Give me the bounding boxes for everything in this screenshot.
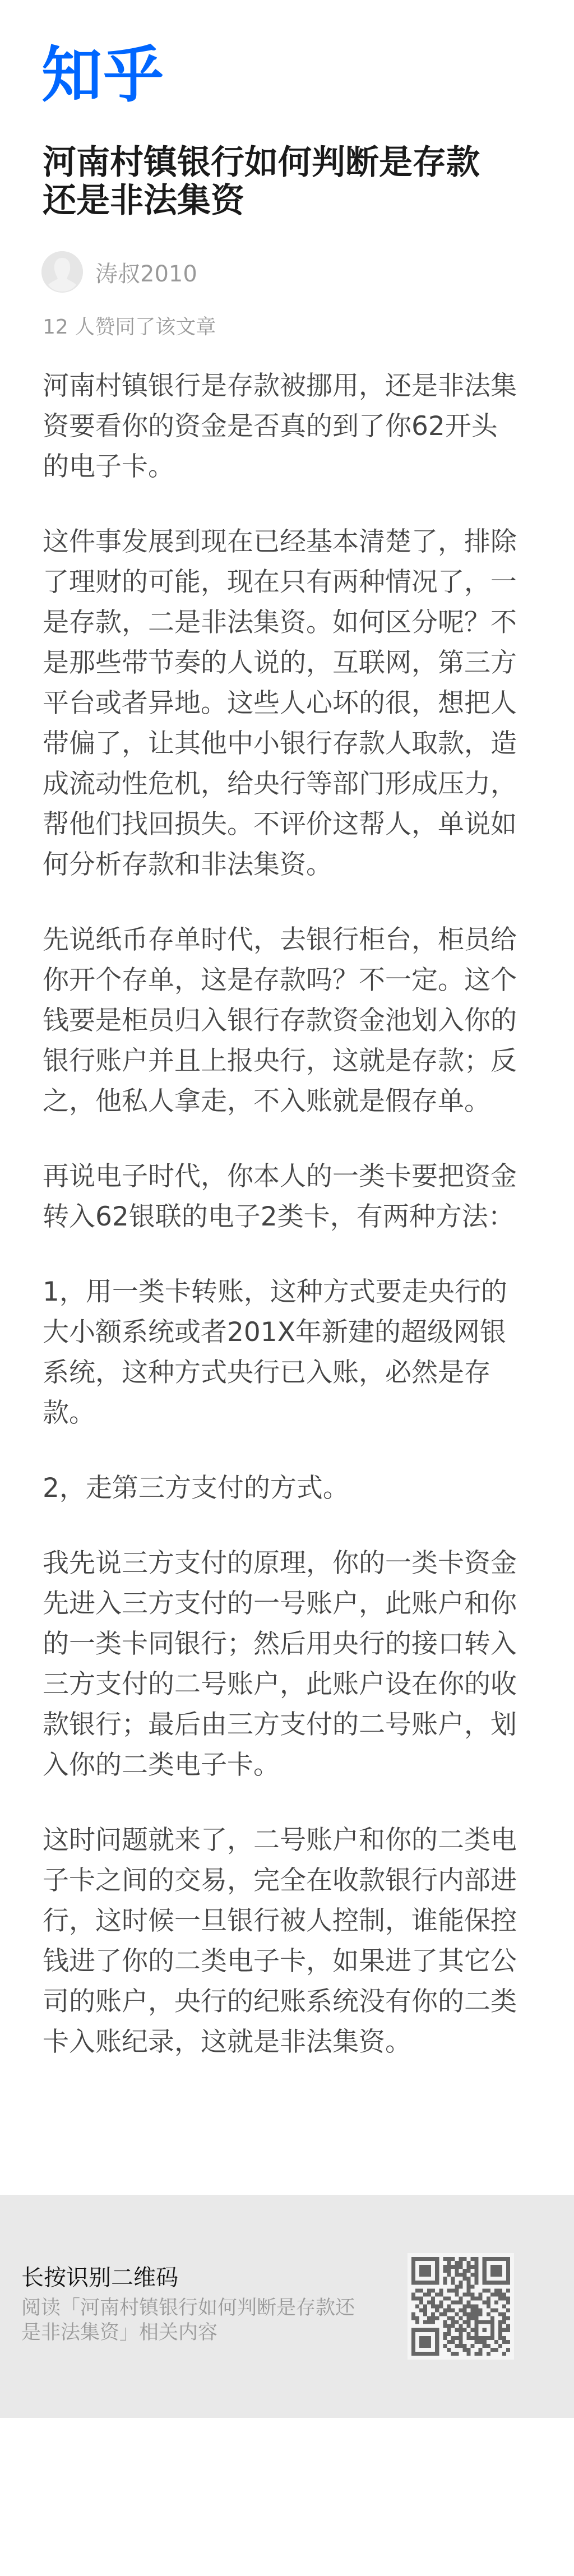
text-line: 你开个存单，这是存款吗？不一定。这个 [43,960,536,1001]
footer-subtitle-line: 是非法集资」相关内容 [21,2320,355,2345]
author-row[interactable]: 涛叔2010 [41,251,197,293]
text-line: 再说电子时代，你本人的一类卡要把资金 [43,1157,536,1197]
text-line: 是那些带节奏的人说的，互联网，第三方 [43,643,536,683]
text-line: 河南村镇银行是存款被挪用，还是非法集 [43,366,536,406]
text-line: 钱要是柜员归入银行存款资金池划入你的 [43,1001,536,1041]
text-line: 帮他们找回损失。不评价这帮人，单说如 [43,804,536,845]
text-line: 卡入账纪录，这就是非法集资。 [43,2022,536,2062]
text-line: 先进入三方支付的一号账户，此账户和你 [43,1584,536,1624]
footer-title: 长按识别二维码 [21,2264,178,2291]
text-line: 2，走第三方支付的方式。 [43,1468,536,1509]
paragraph: 1，用一类卡转账，这种方式要走央行的 大小额系统或者201X年新建的超级网银 系… [43,1272,536,1433]
text-line: 行，这时候一旦银行被人控制，谁能保控 [43,1901,536,1941]
text-line: 平台或者异地。这些人心坏的很，想把人 [43,683,536,724]
text-line: 系统，这种方式央行已入账，必然是存 [43,1353,536,1393]
text-line: 带偏了，让其他中小银行存款人取款，造 [43,724,536,764]
text-line: 款。 [43,1393,536,1433]
text-line: 我先说三方支付的原理，你的一类卡资金 [43,1543,536,1584]
text-line: 子卡之间的交易，完全在收款银行内部进 [43,1861,536,1901]
footer-subtitle: 阅读「河南村镇银行如何判断是存款还 是非法集资」相关内容 [21,2296,355,2345]
text-line: 款银行；最后由三方支付的二号账户，划 [43,1705,536,1745]
text-line: 三方支付的二号账户，此账户设在你的收 [43,1664,536,1705]
qr-code-icon[interactable] [408,2253,514,2360]
text-line: 这时问题就来了，二号账户和你的二类电 [43,1820,536,1861]
paragraph: 2，走第三方支付的方式。 [43,1468,536,1509]
footer-subtitle-line: 阅读「河南村镇银行如何判断是存款还 [21,2296,355,2320]
article-body: 河南村镇银行是存款被挪用，还是非法集 资要看你的资金是否真的到了你62开头 的电… [43,366,536,2097]
text-line: 资要看你的资金是否真的到了你62开头 [43,406,536,447]
article-title: 河南村镇银行如何判断是存款 还是非法集资 [43,144,536,220]
text-line: 银行账户并且上报央行，这就是存款；反 [43,1041,536,1081]
text-line: 1，用一类卡转账，这种方式要走央行的 [43,1272,536,1312]
text-line: 司的账户，央行的纪账系统没有你的二类 [43,1982,536,2022]
text-line: 之，他私人拿走，不入账就是假存单。 [43,1081,536,1122]
author-name[interactable]: 涛叔2010 [95,256,197,288]
text-line: 先说纸币存单时代，去银行柜台，柜员给 [43,920,536,960]
text-line: 何分析存款和非法集资。 [43,845,536,885]
text-line: 转入62银联的电子2类卡，有两种方法： [43,1197,536,1237]
paragraph: 我先说三方支付的原理，你的一类卡资金 先进入三方支付的一号账户，此账户和你 的一… [43,1543,536,1786]
text-line: 成流动性危机，给央行等部门形成压力， [43,764,536,804]
text-line: 了理财的可能，现在只有两种情况了，一 [43,562,536,603]
likes-count: 12 人赞同了该文章 [43,315,216,340]
text-line: 是存款，二是非法集资。如何区分呢？不 [43,603,536,643]
text-line: 这件事发展到现在已经基本清楚了，排除 [43,522,536,562]
zhihu-logo: 知乎 [41,39,165,112]
text-line: 的电子卡。 [43,447,536,487]
text-line: 大小额系统或者201X年新建的超级网银 [43,1312,536,1353]
paragraph: 再说电子时代，你本人的一类卡要把资金 转入62银联的电子2类卡，有两种方法： [43,1157,536,1237]
title-line: 还是非法集资 [43,182,536,220]
paragraph: 先说纸币存单时代，去银行柜台，柜员给 你开个存单，这是存款吗？不一定。这个 钱要… [43,920,536,1122]
qr-footer: 长按识别二维码 阅读「河南村镇银行如何判断是存款还 是非法集资」相关内容 [0,2195,574,2418]
text-line: 入你的二类电子卡。 [43,1745,536,1786]
default-user-avatar-icon[interactable] [41,251,83,293]
text-line: 钱进了你的二类电子卡，如果进了其它公 [43,1941,536,1982]
paragraph: 这时问题就来了，二号账户和你的二类电 子卡之间的交易，完全在收款银行内部进 行，… [43,1820,536,2062]
paragraph: 这件事发展到现在已经基本清楚了，排除 了理财的可能，现在只有两种情况了，一 是存… [43,522,536,885]
text-line: 的一类卡同银行；然后用央行的接口转入 [43,1624,536,1664]
paragraph: 河南村镇银行是存款被挪用，还是非法集 资要看你的资金是否真的到了你62开头 的电… [43,366,536,487]
title-line: 河南村镇银行如何判断是存款 [43,144,536,182]
